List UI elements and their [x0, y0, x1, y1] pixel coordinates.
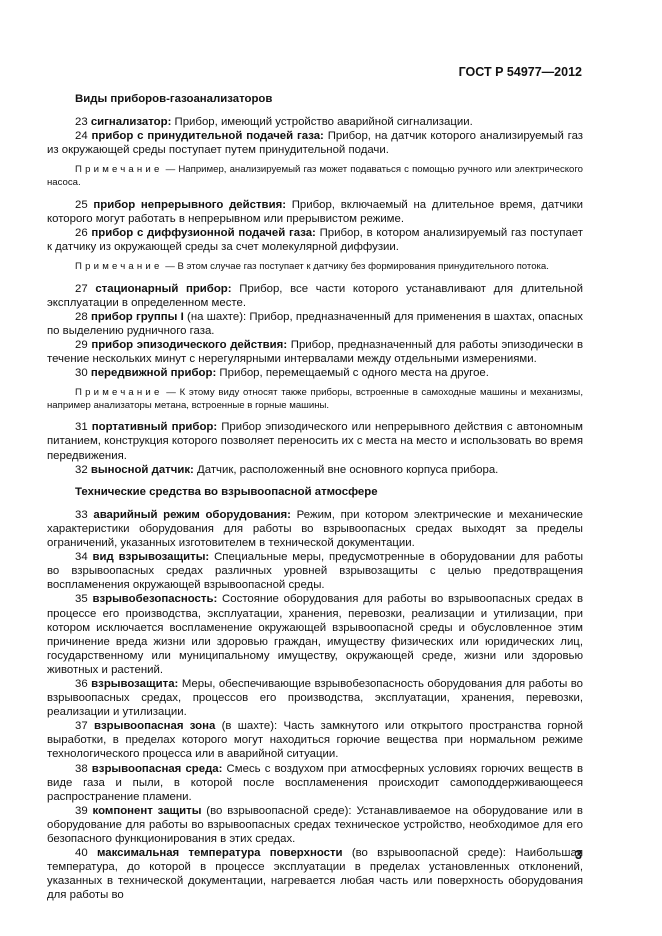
term-definition: 23 сигнализатор: Прибор, имеющий устройс… [47, 115, 583, 129]
term-name: аварийный режим оборудования: [93, 509, 291, 521]
term-definition: 26 прибор с диффузионной подачей газа: П… [47, 226, 583, 254]
term-number: 32 [75, 464, 88, 476]
term-number: 36 [75, 678, 88, 690]
section-title: Виды приборов-газоанализаторов [47, 92, 583, 106]
term-text: Прибор, перемещаемый с одного места на д… [216, 367, 489, 379]
term-name: прибор с принудительной подачей газа: [92, 130, 324, 142]
term-number: 37 [75, 720, 88, 732]
note-label: Примечание [75, 261, 163, 272]
document-code: ГОСТ Р 54977—2012 [459, 65, 582, 79]
term-definition: 27 стационарный прибор: Прибор, все част… [47, 282, 583, 310]
term-name: взрывоопасная среда: [92, 763, 223, 775]
term-definition: 24 прибор с принудительной подачей газа:… [47, 129, 583, 157]
term-number: 33 [75, 509, 88, 521]
term-number: 29 [75, 339, 88, 351]
term-number: 35 [75, 593, 88, 605]
note-label: Примечание [75, 387, 163, 398]
term-definition: 31 портативный прибор: Прибор эпизодичес… [47, 420, 583, 462]
note-text: — В этом случае газ поступает к датчику … [163, 261, 549, 272]
term-number: 30 [75, 367, 88, 379]
section-content: 23 сигнализатор: Прибор, имеющий устройс… [47, 115, 583, 477]
term-name: компонент защиты [93, 805, 202, 817]
term-text: Датчик, расположенный вне основного корп… [194, 464, 499, 476]
term-definition: 28 прибор группы I (на шахте): Прибор, п… [47, 310, 583, 338]
term-name: прибор группы I [91, 311, 184, 323]
term-name: взрывозащита: [91, 678, 178, 690]
term-number: 26 [75, 227, 88, 239]
term-name: передвижной прибор: [91, 367, 216, 379]
term-name: максимальная температура поверхности [97, 847, 343, 859]
term-definition: 38 взрывоопасная среда: Смесь с воздухом… [47, 762, 583, 804]
term-name: сигнализатор: [91, 116, 172, 128]
note: Примечание — В этом случае газ поступает… [47, 261, 583, 274]
term-definition: 33 аварийный режим оборудования: Режим, … [47, 508, 583, 550]
term-number: 38 [75, 763, 88, 775]
term-number: 40 [75, 847, 88, 859]
term-definition: 25 прибор непрерывного действия: Прибор,… [47, 198, 583, 226]
term-name: взрывоопасная зона [94, 720, 215, 732]
term-number: 31 [75, 421, 88, 433]
term-definition: 34 вид взрывозащиты: Специальные меры, п… [47, 550, 583, 592]
term-number: 28 [75, 311, 88, 323]
term-name: выносной датчик: [91, 464, 194, 476]
section-content: 33 аварийный режим оборудования: Режим, … [47, 508, 583, 903]
page-number: 3 [575, 848, 582, 862]
term-name: взрывобезопасность: [92, 593, 217, 605]
term-definition: 35 взрывобезопасность: Состояние оборудо… [47, 592, 583, 677]
note-label: Примечание [75, 164, 163, 175]
term-text: Состояние оборудования для работы во взр… [47, 593, 583, 675]
term-text: Прибор, имеющий устройство аварийной сиг… [171, 116, 472, 128]
term-definition: 30 передвижной прибор: Прибор, перемещае… [47, 366, 583, 380]
term-number: 24 [75, 130, 88, 142]
term-definition: 39 компонент защиты (во взрывоопасной ср… [47, 804, 583, 846]
note: Примечание — Например, анализируемый газ… [47, 164, 583, 189]
section-title: Технические средства во взрывоопасной ат… [47, 485, 583, 499]
term-definition: 36 взрывозащита: Меры, обеспечивающие вз… [47, 677, 583, 719]
document-page: ГОСТ Р 54977—2012 Виды приборов-газоанал… [0, 0, 662, 936]
term-number: 34 [75, 551, 88, 563]
term-name: вид взрывозащиты: [93, 551, 210, 563]
term-definition: 37 взрывоопасная зона (в шахте): Часть з… [47, 719, 583, 761]
term-name: стационарный прибор: [95, 283, 231, 295]
term-name: прибор непрерывного действия: [93, 199, 286, 211]
term-definition: 29 прибор эпизодического действия: Прибо… [47, 338, 583, 366]
term-name: портативный прибор: [92, 421, 217, 433]
term-number: 27 [75, 283, 88, 295]
term-number: 25 [75, 199, 88, 211]
note: Примечание — К этому виду относят также … [47, 387, 583, 412]
term-name: прибор с диффузионной подачей газа: [91, 227, 315, 239]
term-definition: 32 выносной датчик: Датчик, расположенны… [47, 463, 583, 477]
term-name: прибор эпизодического действия: [91, 339, 287, 351]
term-number: 39 [75, 805, 88, 817]
term-number: 23 [75, 116, 88, 128]
document-body: Виды приборов-газоанализаторов 23 сигнал… [47, 92, 583, 902]
term-definition: 40 максимальная температура поверхности … [47, 846, 583, 902]
